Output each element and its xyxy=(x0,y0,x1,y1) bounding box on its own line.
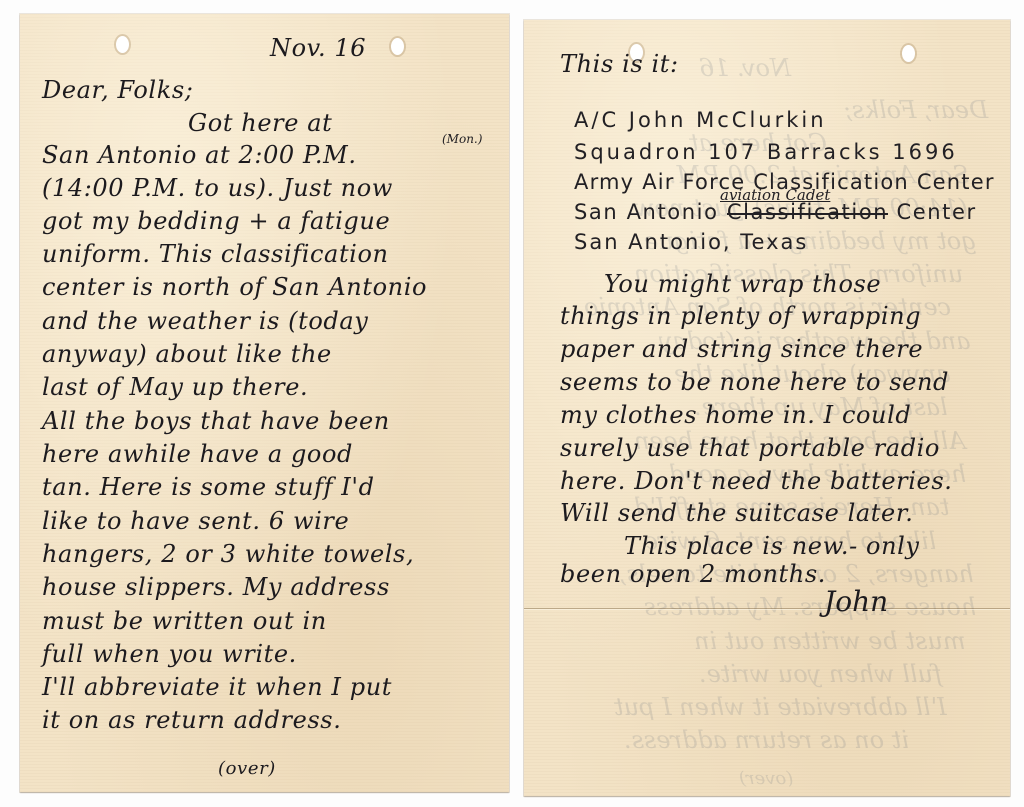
letter-line: full when you write. xyxy=(42,640,297,668)
letter-line: paper and string since there xyxy=(560,335,923,363)
address-line: San Antonio, Texas xyxy=(574,230,808,254)
letter-line: must be written out in xyxy=(42,607,327,635)
day-annotation: (Mon.) xyxy=(442,132,482,146)
letter-line: You might wrap those xyxy=(604,270,881,298)
letter-line: here awhile have a good xyxy=(42,440,353,468)
letter-line: been open 2 months. xyxy=(560,560,826,588)
letter-line: got my bedding + a fatigue xyxy=(42,207,390,235)
letter-line: my clothes home in. I could xyxy=(560,401,911,429)
letter-line: house slippers. My address xyxy=(42,573,390,601)
address-line: A/C John McClurkin xyxy=(574,108,827,132)
struck-word: Classification xyxy=(727,200,888,224)
punch-hole xyxy=(116,36,129,53)
punch-hole xyxy=(902,45,915,62)
letter-line: hangers, 2 or 3 white towels, xyxy=(42,540,414,568)
letter-line: All the boys that have been xyxy=(42,407,390,435)
letter-line: here. Don't need the batteries. xyxy=(560,467,952,495)
letter-line: anyway) about like the xyxy=(42,340,332,368)
letter-line: it on as return address. xyxy=(42,706,341,734)
over-note: (over) xyxy=(218,758,276,779)
letter-line: This place is new.- only xyxy=(624,532,920,560)
letter-line: like to have sent. 6 wire xyxy=(42,507,349,535)
letter-line: and the weather is (today xyxy=(42,307,368,335)
letter-line: center is north of San Antonio xyxy=(42,273,427,301)
letter-salutation: Dear, Folks; xyxy=(42,76,193,104)
letter-line: (14:00 P.M. to us). Just now xyxy=(42,174,393,202)
signature: John xyxy=(824,585,888,618)
letter-line: last of May up there. xyxy=(42,373,308,401)
letter-page-front: Nov. 16 Dear, Folks; Got here at San Ant… xyxy=(20,14,509,792)
letter-line: uniform. This classification xyxy=(42,240,389,268)
letter-line: San Antonio at 2:00 P.M. xyxy=(42,141,357,169)
letter-line: surely use that portable radio xyxy=(560,434,940,462)
letter-line: Got here at xyxy=(188,109,332,137)
address-line: Squadron 107 Barracks 1696 xyxy=(574,140,958,164)
punch-hole xyxy=(391,38,404,55)
address-line: San Antonio Classification Center xyxy=(574,200,977,224)
letter-page-back: Nov. 16 Dear, Folks; Got here at San Ant… xyxy=(524,20,1010,796)
letter-line: things in plenty of wrapping xyxy=(560,302,921,330)
fold-crease xyxy=(524,608,1010,609)
address-intro: This is it: xyxy=(560,50,679,78)
letter-line: seems to be none here to send xyxy=(560,368,949,396)
letter-line: tan. Here is some stuff I'd xyxy=(42,473,375,501)
letter-line: I'll abbreviate it when I put xyxy=(42,673,392,701)
letter-date: Nov. 16 xyxy=(270,34,366,62)
letter-line: Will send the suitcase later. xyxy=(560,499,914,527)
